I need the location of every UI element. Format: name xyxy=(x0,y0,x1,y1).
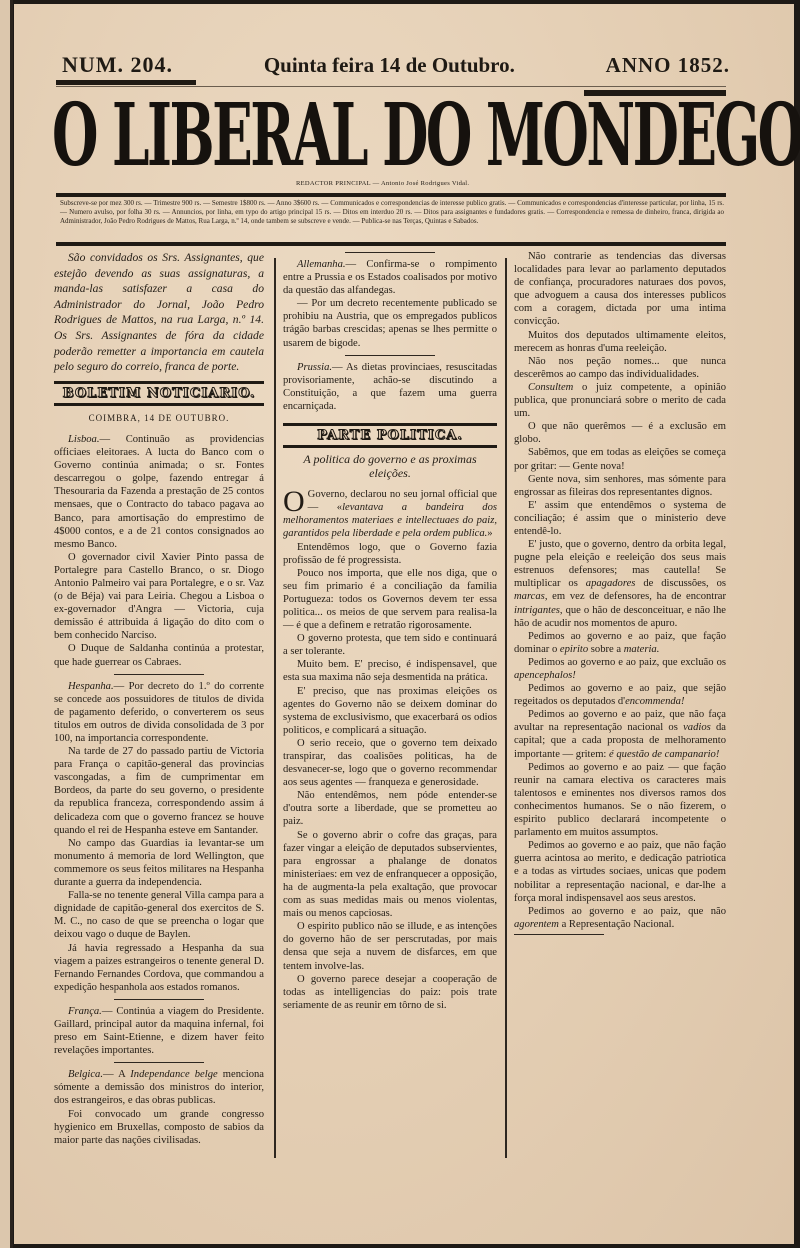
paragraph: Já havia regressado a Hespanha da sua vi… xyxy=(54,942,264,994)
paragraph: Se o governo abrir o cofre das graças, p… xyxy=(283,829,497,921)
paragraph: Consultem o juiz competente, a opinião p… xyxy=(514,381,726,420)
news-prussia: Prussia.— As dietas provinciaes, resusci… xyxy=(283,361,497,413)
paragraph: Pedimos ao governo e ao paiz — que fação… xyxy=(514,761,726,840)
news-lisboa: Lisboa.— Continuão as providencias offic… xyxy=(54,433,264,551)
subscription-rule-top xyxy=(56,193,726,197)
paragraph: Pouco nos importa, que elle nos diga, qu… xyxy=(283,567,497,632)
separator xyxy=(345,355,435,356)
paragraph: Muitos dos deputados ultimamente eleitos… xyxy=(514,329,726,355)
adjacent-page-edge xyxy=(0,0,13,1248)
paragraph: Não contrarie as tendencias das diversas… xyxy=(514,250,726,329)
news-hespanha: Hespanha.— Por decreto do 1.º do corrent… xyxy=(54,680,264,745)
issue-number: NUM. 204. xyxy=(62,52,173,78)
end-rule xyxy=(514,934,604,936)
paragraph: O espirito publico não se illude, e as i… xyxy=(283,920,497,972)
column-3: Não contrarie as tendencias das diversas… xyxy=(514,250,726,935)
paragraph: Falla-se no tenente general Villa campa … xyxy=(54,889,264,941)
news-franca: França.— Continúa a viagem do Presidente… xyxy=(54,1005,264,1057)
subscription-terms: Subscreve-se por mez 300 rs. — Trimestre… xyxy=(60,199,724,226)
paragraph: Na tarde de 27 do passado partiu de Vict… xyxy=(54,745,264,837)
editor-line: REDACTOR PRINCIPAL — Antonio José Rodrig… xyxy=(296,180,469,187)
paragraph: Pedimos ao governo e ao paiz, que não fa… xyxy=(514,708,726,760)
paragraph: Gente nova, sim senhores, mas sómente pa… xyxy=(514,473,726,499)
article-lead: O Governo, declarou no seu jornal offici… xyxy=(283,488,497,540)
separator xyxy=(114,674,204,675)
paragraph: No campo das Guardias ia levantar-se um … xyxy=(54,837,264,889)
article-title: A politica do governo e as proximas elei… xyxy=(283,452,497,480)
paragraph: O serio receio, que o governo tem deixad… xyxy=(283,737,497,789)
column-2: Allemanha.— Confirma-se o rompimento ent… xyxy=(283,250,497,1012)
dateline: COIMBRA, 14 DE OUTUBRO. xyxy=(54,412,264,425)
paragraph: O Duque de Saldanha continúa a protestar… xyxy=(54,642,264,668)
paragraph: Muito bem. E' preciso, é indispensavel, … xyxy=(283,658,497,684)
paragraph: Pedimos ao governo e ao paiz, que não fa… xyxy=(514,839,726,904)
column-divider-1 xyxy=(274,258,276,1158)
column-1: São convidados os Srs. Assignantes, que … xyxy=(54,250,264,1147)
paragraph: Pedimos ao governo e ao paiz, que sejão … xyxy=(514,682,726,708)
separator xyxy=(114,1062,204,1063)
paragraph: O governo parece desejar a cooperação de… xyxy=(283,973,497,1012)
newspaper-title: O LIBERAL DO MONDEGO. xyxy=(52,88,474,184)
paragraph: Pedimos ao governo e ao paiz, que não ag… xyxy=(514,905,726,931)
paragraph: O governo protesta, que tem sido e conti… xyxy=(283,632,497,658)
paragraph: E' preciso, que nas proximas eleições os… xyxy=(283,685,497,737)
paragraph: Pedimos ao governo e ao paiz, que excluã… xyxy=(514,656,726,682)
issue-date: Quinta feira 14 de Outubro. xyxy=(264,53,515,78)
masthead-topline: NUM. 204. Quinta feira 14 de Outubro. AN… xyxy=(62,52,730,78)
section-heading-boletim: BOLETIM NOTICIARIO. xyxy=(54,381,264,406)
paragraph: Não entendêmos, nem póde entender-se d'o… xyxy=(283,789,497,828)
paragraph: Não nos peção nomes... que nunca descerê… xyxy=(514,355,726,381)
paragraph: E' justo, que o governo, dentro da orbit… xyxy=(514,538,726,630)
separator xyxy=(345,252,435,253)
subscription-rule-bottom xyxy=(56,242,726,246)
news-allemanha: Allemanha.— Confirma-se o rompimento ent… xyxy=(283,258,497,297)
column-divider-2 xyxy=(505,258,507,1158)
paragraph: O que não querêmos — é a exclusão em glo… xyxy=(514,420,726,446)
issue-year: ANNO 1852. xyxy=(606,53,730,78)
separator xyxy=(114,999,204,1000)
paragraph: E' assim que entendêmos o systema de con… xyxy=(514,499,726,538)
section-heading-politica: PARTE POLITICA. xyxy=(283,423,497,448)
paragraph: Foi convocado um grande congresso hygien… xyxy=(54,1108,264,1147)
drop-cap: O xyxy=(283,490,305,514)
paragraph: — Por um decreto recentemente publicado … xyxy=(283,297,497,349)
paragraph: Entendêmos logo, que o Governo fazia pro… xyxy=(283,541,497,567)
paragraph: Pedimos ao governo e ao paiz, que fação … xyxy=(514,630,726,656)
paragraph: O governador civil Xavier Pinto passa de… xyxy=(54,551,264,643)
paragraph: Sabêmos, que em todas as eleições se com… xyxy=(514,446,726,472)
news-belgica: Belgica.— A Independance belge menciona … xyxy=(54,1068,264,1107)
subscriber-notice: São convidados os Srs. Assignantes, que … xyxy=(54,250,264,375)
